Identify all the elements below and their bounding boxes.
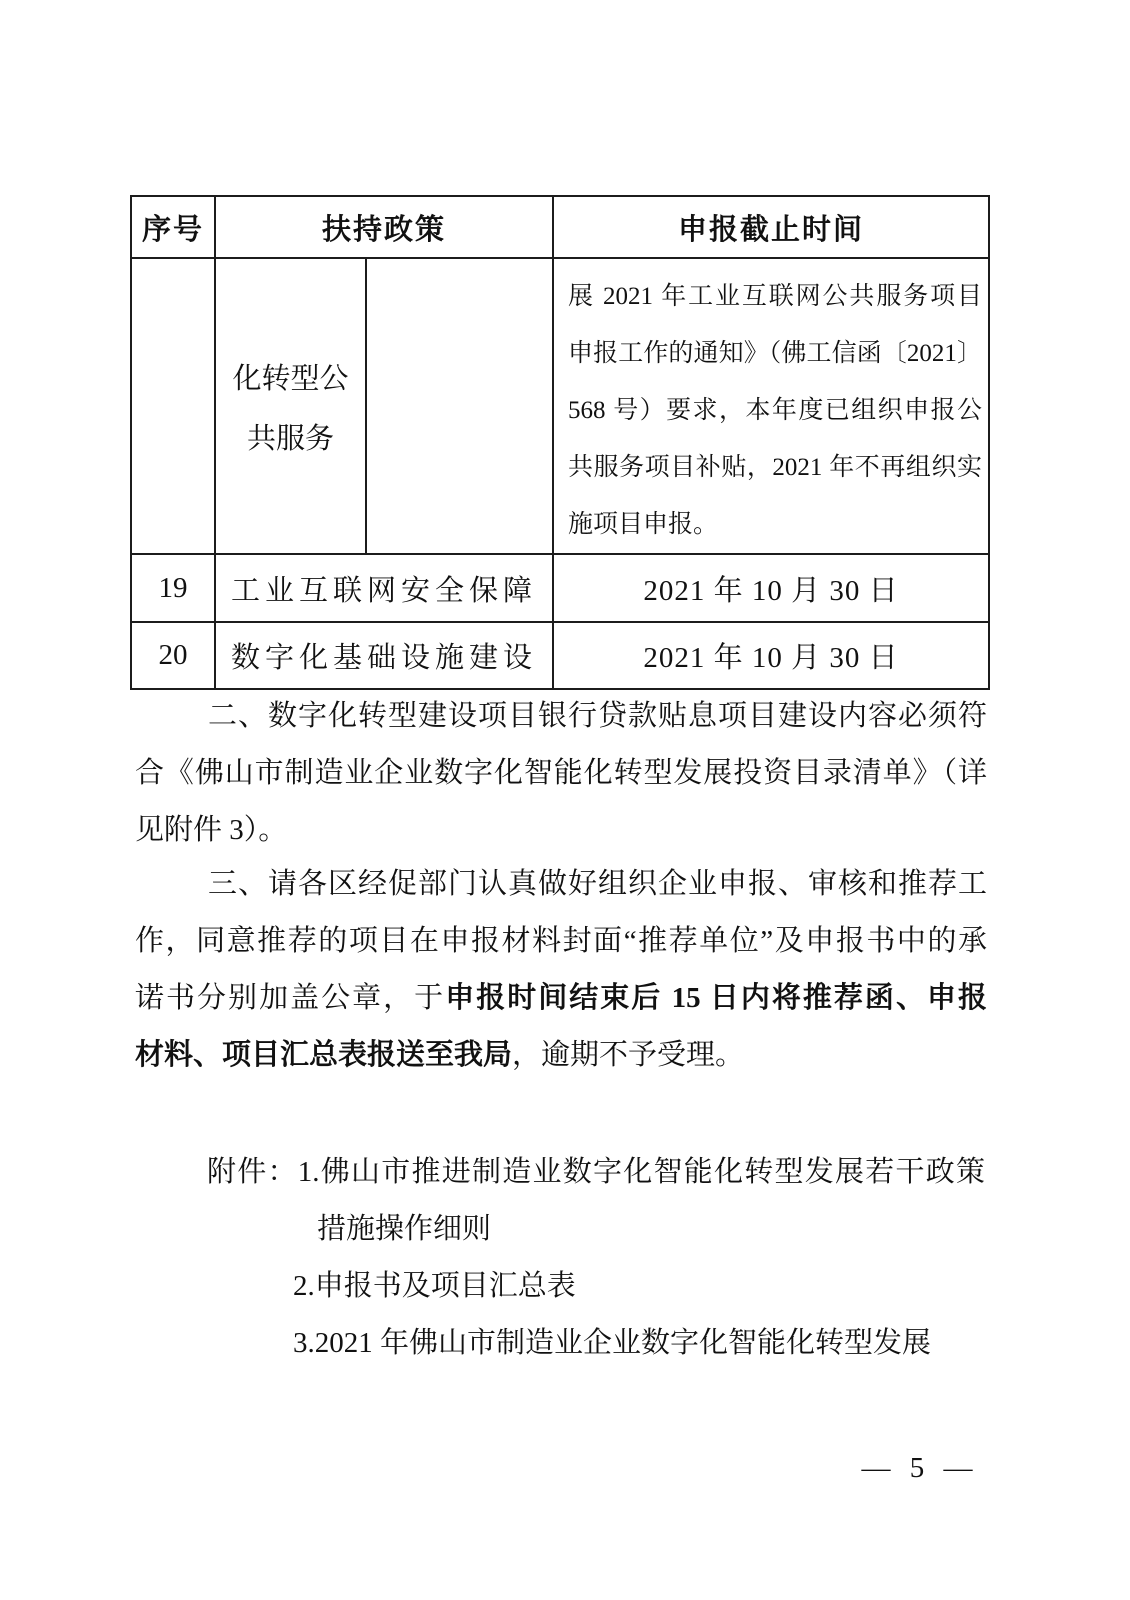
cell-policy: 数字化基础设施建设 [215,622,553,689]
table-row: 19 工业互联网安全保障 2021 年 10 月 30 日 [131,554,989,622]
header-cell-deadline: 申报截止时间 [553,196,989,258]
attachment-item-1-wrap: 措施操作细则 [317,1201,985,1258]
cell-deadline-note: 展 2021 年工业互联网公共服务项目 申报工作的通知》（佛工信函〔2021〕 … [553,258,989,554]
deadline-note-line: 申报工作的通知》（佛工信函〔2021〕 [568,325,982,382]
table-row: 20 数字化基础设施建设 2021 年 10 月 30 日 [131,622,989,689]
paragraph-3-line: 作，同意推荐的项目在申报材料封面“推荐单位”及申报书中的承 [135,913,987,970]
table-header-row: 序号 扶持政策 申报截止时间 [131,196,989,258]
page-number: — 5 — [845,1448,995,1488]
deadline-note-line: 共服务项目补贴，2021 年不再组织实 [568,439,982,496]
deadline-note-line: 568 号）要求，本年度已组织申报公 [568,382,982,439]
policy-continued-line: 化转型公 [216,349,365,409]
paragraph-3-line: 三、请各区经促部门认真做好组织企业申报、审核和推荐工 [135,856,987,913]
deadline-note-line: 展 2021 年工业互联网公共服务项目 [568,268,982,325]
attachment-item-3: 3.2021 年佛山市制造业企业数字化智能化转型发展 [293,1315,985,1372]
attachments-list: 附件：1.佛山市推进制造业数字化智能化转型发展若干政策 措施操作细则 2.申报书… [207,1144,985,1372]
paragraph-2-line: 见附件 3）。 [135,802,987,859]
header-cell-no: 序号 [131,196,215,258]
attachment-item-1: 附件：1.佛山市推进制造业数字化智能化转型发展若干政策 [207,1144,985,1201]
document-page: 序号 扶持政策 申报截止时间 化转型公 共服务 展 2021 年工业互联网公共服… [0,0,1130,1600]
table-row-continued: 化转型公 共服务 展 2021 年工业互联网公共服务项目 申报工作的通知》（佛工… [131,258,989,554]
paragraph-3-text-bold: 材料、项目汇总表报送至我局 [135,1039,512,1071]
attachment-item-2: 2.申报书及项目汇总表 [293,1258,985,1315]
cell-policy: 工业互联网安全保障 [215,554,553,622]
cell-deadline: 2021 年 10 月 30 日 [553,622,989,689]
paragraph-2-line: 二、数字化转型建设项目银行贷款贴息项目建设内容必须符 [135,688,987,745]
paragraph-3: 三、请各区经促部门认真做好组织企业申报、审核和推荐工 作，同意推荐的项目在申报材… [135,856,987,1084]
paragraph-3-text-regular: ，逾期不予受理。 [512,1039,744,1071]
header-cell-policy: 扶持政策 [215,196,553,258]
paragraph-3-text-regular: 诺书分别加盖公章，于 [135,982,445,1014]
deadline-note-line: 施项目申报。 [568,496,982,553]
cell-no: 20 [131,622,215,689]
paragraph-3-line: 材料、项目汇总表报送至我局，逾期不予受理。 [135,1027,987,1084]
attachment-item-1-text: 1.佛山市推进制造业数字化智能化转型发展若干政策 [298,1156,985,1188]
policy-continued-line: 共服务 [216,409,365,469]
policy-deadline-table: 序号 扶持政策 申报截止时间 化转型公 共服务 展 2021 年工业互联网公共服… [130,195,990,690]
paragraph-2: 二、数字化转型建设项目银行贷款贴息项目建设内容必须符 合《佛山市制造业企业数字化… [135,688,987,859]
paragraph-3-text-bold: 申报时间结束后 15 日内将推荐函、申报 [445,982,987,1014]
cell-no: 19 [131,554,215,622]
cell-policy-continued: 化转型公 共服务 [215,258,366,554]
paragraph-2-line: 合《佛山市制造业企业数字化智能化转型发展投资目录清单》（详 [135,745,987,802]
attachments-label: 附件： [207,1156,298,1188]
cell-no-empty [131,258,215,554]
paragraph-3-line: 诺书分别加盖公章，于申报时间结束后 15 日内将推荐函、申报 [135,970,987,1027]
cell-deadline: 2021 年 10 月 30 日 [553,554,989,622]
cell-policy-sub-empty [366,258,553,554]
